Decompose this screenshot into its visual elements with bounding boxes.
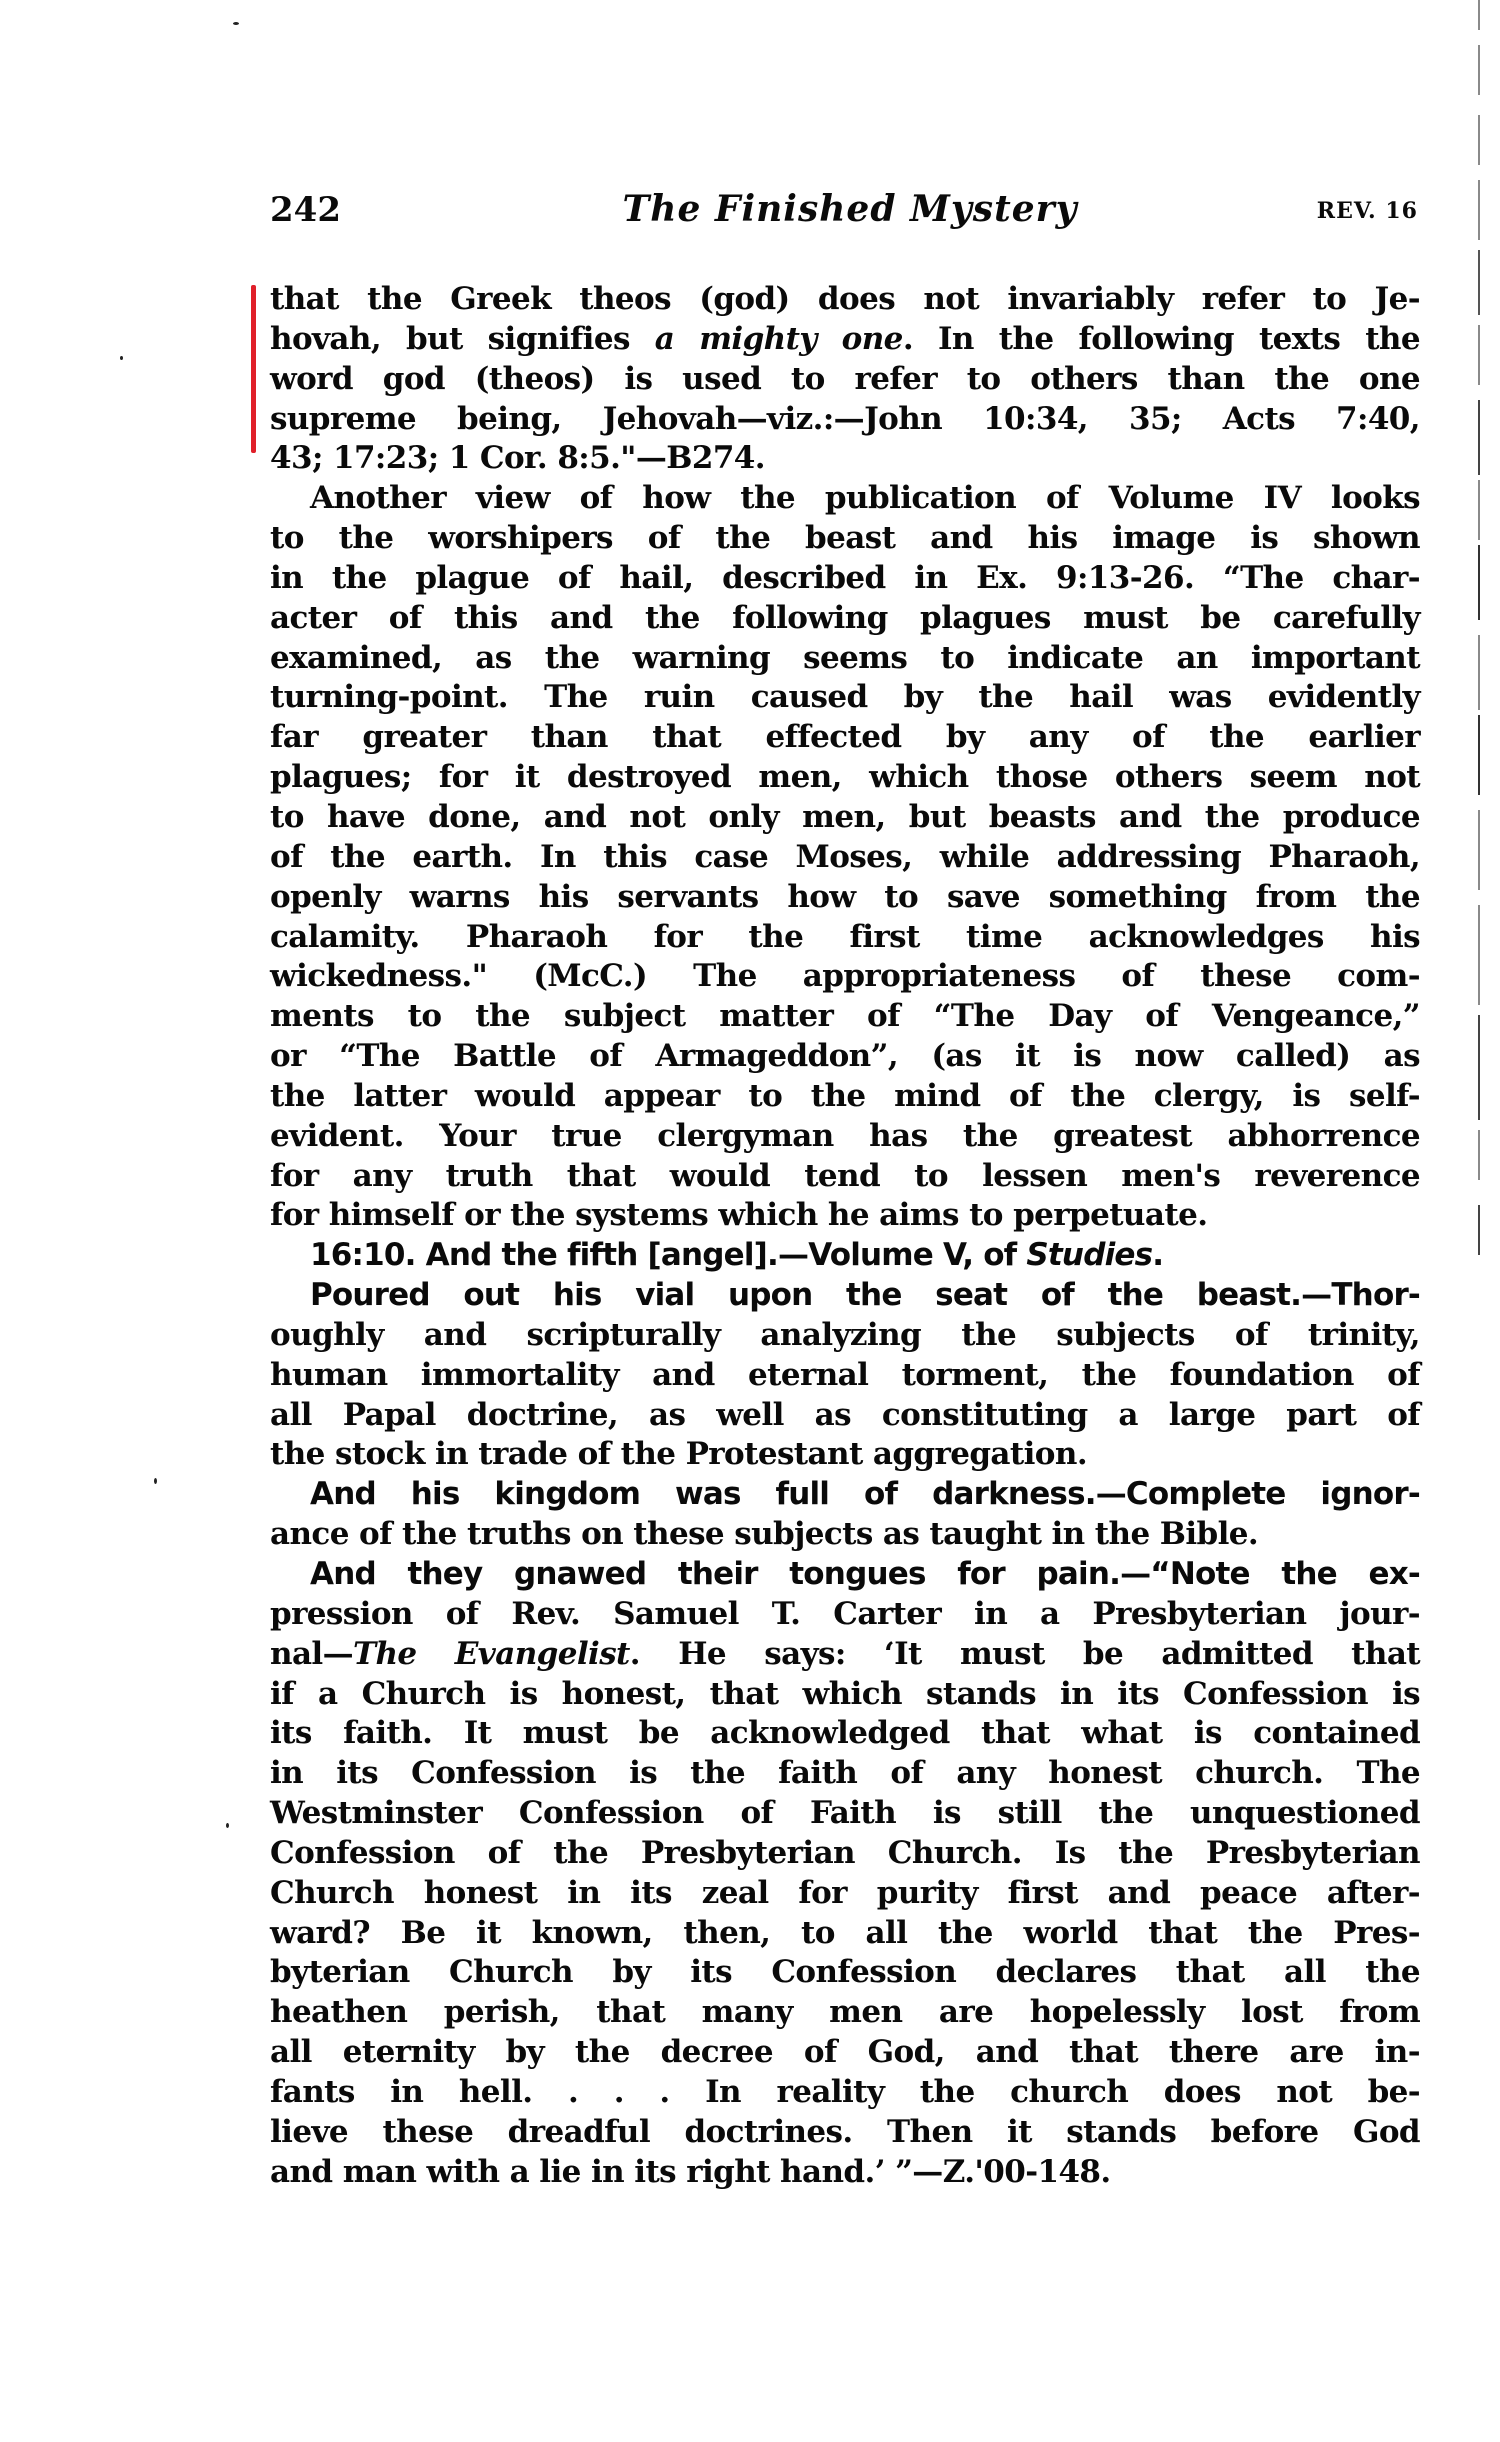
scan-edge-line bbox=[1478, 115, 1480, 165]
text-line: in its Confession is the faith of any ho… bbox=[270, 1754, 1420, 1794]
text-line: to the worshipers of the beast and his i… bbox=[270, 519, 1420, 559]
text-line: human immortality and eternal torment, t… bbox=[270, 1356, 1420, 1396]
text-line: nal—The Evangelist. He says: ‘It must be… bbox=[270, 1635, 1420, 1675]
scan-edge-line bbox=[1478, 325, 1480, 385]
text-line: fants in hell. . . . In reality the chur… bbox=[270, 2073, 1420, 2113]
text-line: that the Greek theos (god) does not inva… bbox=[270, 280, 1420, 320]
scan-edge-line bbox=[1478, 1015, 1480, 1120]
text-line: supreme being, Jehovah—viz.:—John 10:34,… bbox=[270, 400, 1420, 440]
text-line: openly warns his servants how to save so… bbox=[270, 878, 1420, 918]
scan-edge-line bbox=[1478, 810, 1480, 890]
scan-speck bbox=[154, 1478, 157, 1484]
text-line: acter of this and the following plagues … bbox=[270, 599, 1420, 639]
italic-phrase: The Evangelist bbox=[353, 1636, 630, 1672]
scan-edge-line bbox=[1478, 905, 1480, 1005]
scan-edge-line bbox=[1478, 715, 1480, 795]
text-line: pression of Rev. Samuel T. Carter in a P… bbox=[270, 1595, 1420, 1635]
text-line: evident. Your true clergyman has the gre… bbox=[270, 1117, 1420, 1157]
text-line: And his kingdom was full of darkness.—Co… bbox=[270, 1475, 1420, 1515]
text-line: 43; 17:23; 1 Cor. 8:5."—B274. bbox=[270, 439, 1420, 479]
text-line: or “The Battle of Armageddon”, (as it is… bbox=[270, 1037, 1420, 1077]
page-number: 242 bbox=[270, 190, 341, 230]
text-line: for himself or the systems which he aims… bbox=[270, 1196, 1420, 1236]
text-line: its faith. It must be acknowledged that … bbox=[270, 1714, 1420, 1754]
text-line: Church honest in its zeal for purity fir… bbox=[270, 1874, 1420, 1914]
text-line: plagues; for it destroyed men, which tho… bbox=[270, 758, 1420, 798]
book-page: 242 The Finished Mystery REV. 16 that th… bbox=[0, 0, 1500, 2442]
text-line: examined, as the warning seems to indica… bbox=[270, 639, 1420, 679]
scan-edge-line bbox=[1478, 1130, 1480, 1180]
scan-edge-line bbox=[1478, 0, 1480, 30]
text-line: oughly and scripturally analyzing the su… bbox=[270, 1316, 1420, 1356]
text-line: lieve these dreadful doctrines. Then it … bbox=[270, 2113, 1420, 2153]
text-line: all eternity by the decree of God, and t… bbox=[270, 2033, 1420, 2073]
italic-phrase: a mighty one bbox=[655, 321, 903, 357]
text-line: Confession of the Presbyterian Church. I… bbox=[270, 1834, 1420, 1874]
body-text: that the Greek theos (god) does not inva… bbox=[270, 280, 1420, 2193]
scan-edge-line bbox=[1478, 400, 1480, 475]
text-line: word god (theos) is used to refer to oth… bbox=[270, 360, 1420, 400]
text-line: heathen perish, that many men are hopele… bbox=[270, 1993, 1420, 2033]
text-line: ance of the truths on these subjects as … bbox=[270, 1515, 1420, 1555]
text-line: And they gnawed their tongues for pain.—… bbox=[270, 1555, 1420, 1595]
scan-speck bbox=[226, 1823, 229, 1828]
text-line: in the plague of hail, described in Ex. … bbox=[270, 559, 1420, 599]
scan-speck bbox=[120, 356, 123, 360]
text-line: all Papal doctrine, as well as constitut… bbox=[270, 1396, 1420, 1436]
scan-edge-line bbox=[1478, 250, 1480, 315]
text-line: Poured out his vial upon the seat of the… bbox=[270, 1276, 1420, 1316]
text-line: ments to the subject matter of “The Day … bbox=[270, 997, 1420, 1037]
book-title: The Finished Mystery bbox=[600, 188, 1100, 230]
text-line: Another view of how the publication of V… bbox=[270, 479, 1420, 519]
text-line: and man with a lie in its right hand.’ ”… bbox=[270, 2153, 1420, 2193]
running-header: 242 The Finished Mystery REV. 16 bbox=[270, 190, 1420, 240]
text-line: 16:10. And the fifth [angel].—Volume V, … bbox=[270, 1236, 1420, 1276]
text-line: of the earth. In this case Moses, while … bbox=[270, 838, 1420, 878]
scan-speck bbox=[233, 22, 239, 25]
text-line: if a Church is honest, that which stands… bbox=[270, 1675, 1420, 1715]
text-line: ward? Be it known, then, to all the worl… bbox=[270, 1914, 1420, 1954]
text-line: for any truth that would tend to lessen … bbox=[270, 1157, 1420, 1197]
text-line: the stock in trade of the Protestant agg… bbox=[270, 1435, 1420, 1475]
scan-edge-line bbox=[1478, 635, 1480, 710]
text-line: byterian Church by its Confession declar… bbox=[270, 1953, 1420, 1993]
text-line: to have done, and not only men, but beas… bbox=[270, 798, 1420, 838]
text-line: turning-point. The ruin caused by the ha… bbox=[270, 678, 1420, 718]
chapter-reference: REV. 16 bbox=[1317, 198, 1418, 224]
text-line: far greater than that effected by any of… bbox=[270, 718, 1420, 758]
italic-phrase: Studies bbox=[1026, 1237, 1152, 1273]
text-line: the latter would appear to the mind of t… bbox=[270, 1077, 1420, 1117]
scan-edge-line bbox=[1478, 545, 1480, 620]
text-line: Westminster Confession of Faith is still… bbox=[270, 1794, 1420, 1834]
text-line: wickedness." (McC.) The appropriateness … bbox=[270, 957, 1420, 997]
scan-edge-line bbox=[1478, 45, 1480, 95]
text-line: hovah, but signifies a mighty one. In th… bbox=[270, 320, 1420, 360]
margin-highlight-bar bbox=[251, 285, 256, 453]
scan-edge-line bbox=[1478, 480, 1480, 540]
text-line: calamity. Pharaoh for the first time ack… bbox=[270, 918, 1420, 958]
scan-edge-line bbox=[1478, 180, 1480, 240]
scan-edge-line bbox=[1478, 1205, 1480, 1255]
